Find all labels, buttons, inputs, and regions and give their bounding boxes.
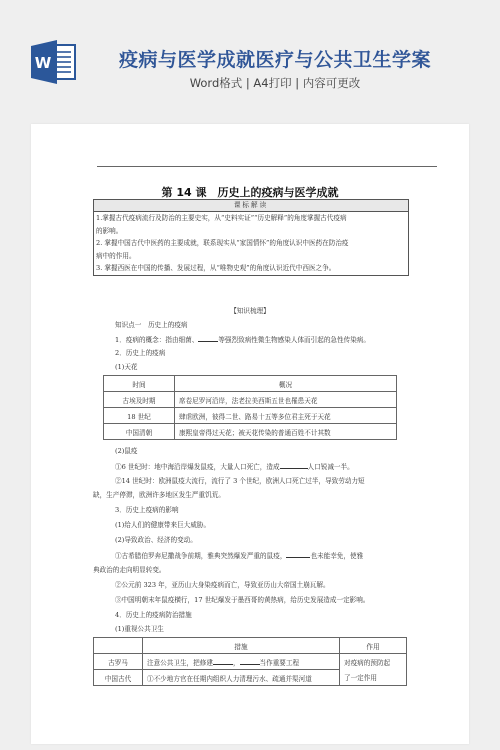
text: 1．疫病的概念：指由细菌、 (115, 336, 198, 344)
paragraph: 缺，生产停滞，欧洲许多地区发生严重饥荒。 (93, 490, 225, 500)
table-header-row: 措施 作用 (94, 638, 407, 654)
smallpox-table: 时间 概况 古埃及时期 席卷尼罗河沿岸，法老拉美西斯五世也罹患天花 18 世纪 … (103, 375, 397, 440)
table-cell: 中国清朝 (104, 424, 175, 440)
table-header-row: 时间 概况 (104, 376, 397, 392)
text: ①古希腊伯罗奔尼撒战争前期，雅典突然爆发严重的鼠疫， (115, 552, 286, 560)
paragraph: ①古希腊伯罗奔尼撒战争前期，雅典突然爆发严重的鼠疫，也未能幸免，使雅 (115, 550, 363, 561)
paragraph: (1)重视公共卫生 (115, 624, 164, 634)
paragraph: (1)给人们的健康带来巨大威胁。 (115, 520, 210, 530)
text: ， (233, 659, 240, 667)
document-title: 疫病与医学成就医疗与公共卫生学案 (115, 45, 435, 72)
svg-text:W: W (35, 54, 52, 72)
section-heading: 【知识梳理】 (31, 306, 469, 316)
objective-line: 3. 掌握西医在中国的传播、发展过程，从“唯物史观”的角度认识近代中西医之争。 (94, 262, 408, 275)
paragraph: 典政治的走向明显转变。 (93, 565, 166, 575)
table-row: 中国古代 ①不少地方官在任期内组织人力清理污水、疏通并渠河道 了一定作用 (94, 670, 407, 686)
document-page: 第 14 课 历史上的疫病与医学成就 课标解读 1.掌握古代疫病流行及防治的主要… (31, 124, 469, 744)
paragraph: 4．历史上的疫病防治措施 (115, 610, 192, 620)
objectives-heading: 课标解读 (94, 200, 408, 212)
paragraph: (1)天花 (115, 362, 138, 372)
objective-line: 1.掌握古代疫病流行及防治的主要史实，从“史料实证”“历史解释”的角度掌握古代疫… (94, 212, 408, 225)
text: 注意公共卫生，把修建 (147, 659, 213, 667)
fill-blank (198, 334, 218, 342)
table-cell: 了一定作用 (340, 670, 407, 686)
table-header (94, 638, 143, 654)
table-cell: 对疫病的预防起 (340, 654, 407, 670)
header-rule (97, 166, 437, 167)
lesson-title: 第 14 课 历史上的疫病与医学成就 (31, 184, 469, 200)
paragraph: ①6 世纪时：地中海沿岸爆发鼠疫，大量人口死亡，造成人口锐减一半。 (115, 461, 354, 472)
table-cell: 席卷尼罗河沿岸，法老拉美西斯五世也罹患天花 (175, 392, 397, 408)
document-subtitle: Word格式 | A4打印 | 内容可更改 (115, 75, 435, 91)
table-header: 措施 (143, 638, 340, 654)
objective-line: 2. 掌握中国古代中医药的主要成就，联系现实从“家国情怀”的角度认识中医药在防治… (94, 237, 408, 250)
fill-blank (240, 657, 260, 665)
hygiene-table: 措施 作用 古罗马 注意公共卫生，把修建，当作重要工程 对疫病的预防起 中国古代… (93, 637, 407, 686)
table-row: 古埃及时期 席卷尼罗河沿岸，法老拉美西斯五世也罹患天花 (104, 392, 397, 408)
table-cell: 康熙皇帝得过天花；被天花传染的普通百姓不计其数 (175, 424, 397, 440)
table-cell: 古罗马 (94, 654, 143, 670)
table-cell: 古埃及时期 (104, 392, 175, 408)
objectives-box: 课标解读 1.掌握古代疫病流行及防治的主要史实，从“史料实证”“历史解释”的角度… (93, 199, 409, 276)
word-document-icon: W (31, 40, 77, 84)
header: W 疫病与医学成就医疗与公共卫生学案 Word格式 | A4打印 | 内容可更改 (0, 0, 500, 110)
table-header: 时间 (104, 376, 175, 392)
objective-line: 病中的作用。 (94, 250, 408, 263)
text: 人口锐减一半。 (308, 463, 354, 471)
objective-line: 的影响。 (94, 225, 408, 238)
table-cell: ①不少地方官在任期内组织人力清理污水、疏通并渠河道 (143, 670, 340, 686)
paragraph: ③中国明朝末年鼠疫横行，17 世纪爆发于墨西哥的黄热病，给历史发展造成一定影响。 (115, 595, 369, 605)
fill-blank (280, 461, 308, 469)
table-row: 中国清朝 康熙皇帝得过天花；被天花传染的普通百姓不计其数 (104, 424, 397, 440)
knowledge-point-title: 知识点一 历史上的疫病 (115, 320, 188, 330)
table-cell: 注意公共卫生，把修建，当作重要工程 (143, 654, 340, 670)
paragraph: ②14 世纪时：欧洲鼠疫大流行，流行了 3 个世纪，欧洲人口死亡过半，导致劳动力… (115, 476, 365, 486)
fill-blank (213, 657, 233, 665)
paragraph: (2)导致政治、经济的变动。 (115, 535, 197, 545)
paragraph: 2．历史上的疫病 (115, 348, 165, 358)
table-row: 18 世纪 肆虐欧洲，彼得二世、路易十五等多位君主死于天花 (104, 408, 397, 424)
paragraph: 3．历史上疫病的影响 (115, 505, 179, 515)
table-cell: 肆虐欧洲，彼得二世、路易十五等多位君主死于天花 (175, 408, 397, 424)
paragraph: ②公元前 323 年，亚历山大身染疫病而亡，导致亚历山大帝国土崩瓦解。 (115, 580, 330, 590)
text: ①6 世纪时：地中海沿岸爆发鼠疫，大量人口死亡，造成 (115, 463, 280, 471)
text: 当作重要工程 (260, 659, 300, 667)
table-row: 古罗马 注意公共卫生，把修建，当作重要工程 对疫病的预防起 (94, 654, 407, 670)
table-header: 作用 (340, 638, 407, 654)
table-cell: 中国古代 (94, 670, 143, 686)
text: 等强烈致病性微生物感染人体而引起的急性传染病。 (218, 336, 370, 344)
text: 也未能幸免，使雅 (310, 552, 363, 560)
paragraph: (2)鼠疫 (115, 446, 138, 456)
fill-blank (286, 550, 310, 558)
paragraph: 1．疫病的概念：指由细菌、等强烈致病性微生物感染人体而引起的急性传染病。 (115, 334, 370, 345)
table-cell: 18 世纪 (104, 408, 175, 424)
table-header: 概况 (175, 376, 397, 392)
